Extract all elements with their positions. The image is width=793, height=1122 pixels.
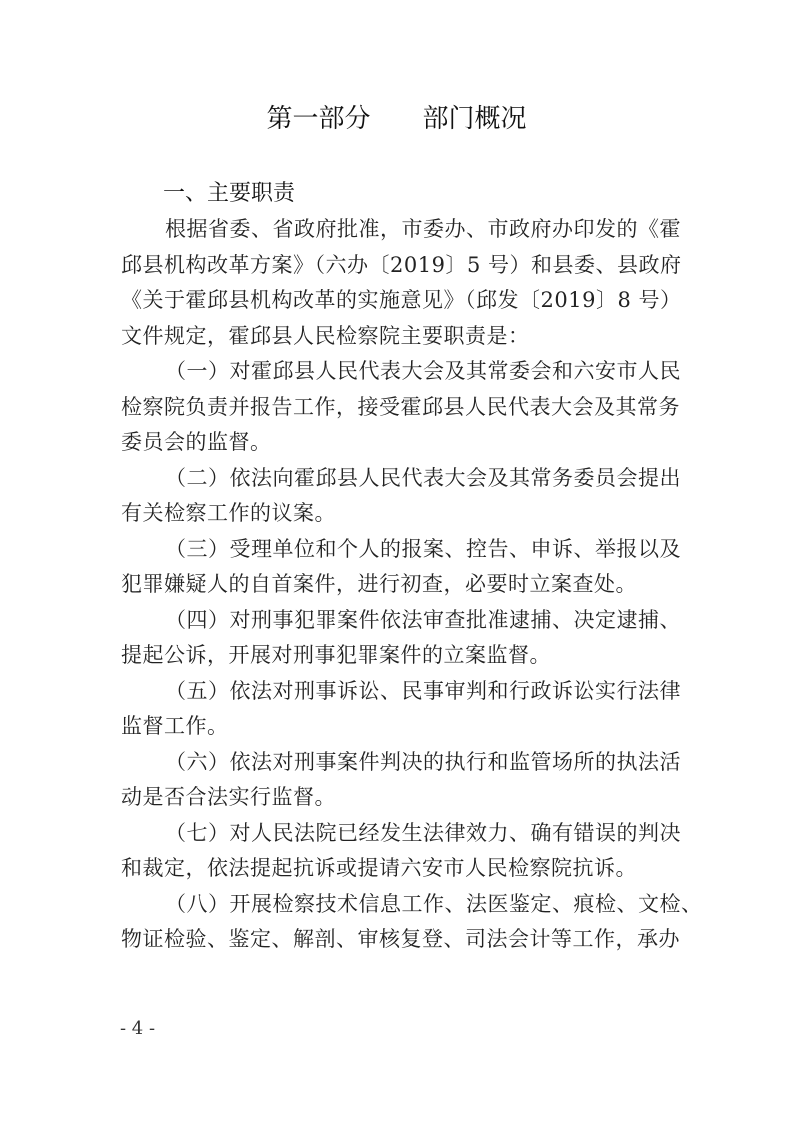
text-line: 动是否合法实行监督。 (121, 780, 677, 816)
body-text: 根据省委、省政府批准，市委办、市政府办印发的《霍 邱县机构改革方案》（六办〔20… (121, 212, 677, 958)
text-line: 文件规定，霍邱县人民检察院主要职责是： (121, 319, 677, 355)
text-line: （四）对刑事犯罪案件依法审查批准逮捕、决定逮捕、 (121, 603, 677, 639)
text-line: 根据省委、省政府批准，市委办、市政府办印发的《霍 (121, 212, 677, 248)
paragraph-item-6: （六）依法对刑事案件判决的执行和监管场所的执法活 动是否合法实行监督。 (121, 745, 677, 816)
document-page: 第一部分 部门概况 一、主要职责 根据省委、省政府批准，市委办、市政府办印发的《… (0, 0, 793, 1122)
text-line: 和裁定，依法提起抗诉或提请六安市人民检察院抗诉。 (121, 851, 677, 887)
text-line: （一）对霍邱县人民代表大会及其常委会和六安市人民 (121, 354, 677, 390)
paragraph-item-7: （七）对人民法院已经发生法律效力、确有错误的判决 和裁定，依法提起抗诉或提请六安… (121, 816, 677, 887)
text-line: （七）对人民法院已经发生法律效力、确有错误的判决 (121, 816, 677, 852)
text-line: 物证检验、鉴定、解剖、审核复登、司法会计等工作，承办 (121, 922, 677, 958)
text-line: （五）依法对刑事诉讼、民事审判和行政诉讼实行法律 (121, 674, 677, 710)
page-title: 第一部分 部门概况 (0, 101, 793, 137)
text-line: 委员会的监督。 (121, 425, 677, 461)
page-number: - 4 - (120, 1017, 155, 1041)
text-line: （二）依法向霍邱县人民代表大会及其常务委员会提出 (121, 461, 677, 497)
text-line: 邱县机构改革方案》（六办〔2019〕5 号）和县委、县政府 (121, 248, 677, 284)
text-line: 有关检察工作的议案。 (121, 496, 677, 532)
text-line: （八）开展检察技术信息工作、法医鉴定、痕检、文检、 (121, 887, 677, 923)
paragraph-item-8: （八）开展检察技术信息工作、法医鉴定、痕检、文检、 物证检验、鉴定、解剖、审核复… (121, 887, 677, 958)
text-line: 犯罪嫌疑人的自首案件，进行初查，必要时立案查处。 (121, 567, 677, 603)
paragraph-item-1: （一）对霍邱县人民代表大会及其常委会和六安市人民 检察院负责并报告工作，接受霍邱… (121, 354, 677, 461)
paragraph-item-4: （四）对刑事犯罪案件依法审查批准逮捕、决定逮捕、 提起公诉，开展对刑事犯罪案件的… (121, 603, 677, 674)
text-line: 监督工作。 (121, 709, 677, 745)
paragraph-item-2: （二）依法向霍邱县人民代表大会及其常务委员会提出 有关检察工作的议案。 (121, 461, 677, 532)
paragraph-item-5: （五）依法对刑事诉讼、民事审判和行政诉讼实行法律 监督工作。 (121, 674, 677, 745)
text-line: 提起公诉，开展对刑事犯罪案件的立案监督。 (121, 638, 677, 674)
paragraph-intro: 根据省委、省政府批准，市委办、市政府办印发的《霍 邱县机构改革方案》（六办〔20… (121, 212, 677, 354)
text-line: 《关于霍邱县机构改革的实施意见》（邱发〔2019〕8 号） (121, 283, 677, 319)
section-heading: 一、主要职责 (163, 179, 295, 209)
text-line: （三）受理单位和个人的报案、控告、申诉、举报以及 (121, 532, 677, 568)
paragraph-item-3: （三）受理单位和个人的报案、控告、申诉、举报以及 犯罪嫌疑人的自首案件，进行初查… (121, 532, 677, 603)
text-line: （六）依法对刑事案件判决的执行和监管场所的执法活 (121, 745, 677, 781)
text-line: 检察院负责并报告工作，接受霍邱县人民代表大会及其常务 (121, 390, 677, 426)
